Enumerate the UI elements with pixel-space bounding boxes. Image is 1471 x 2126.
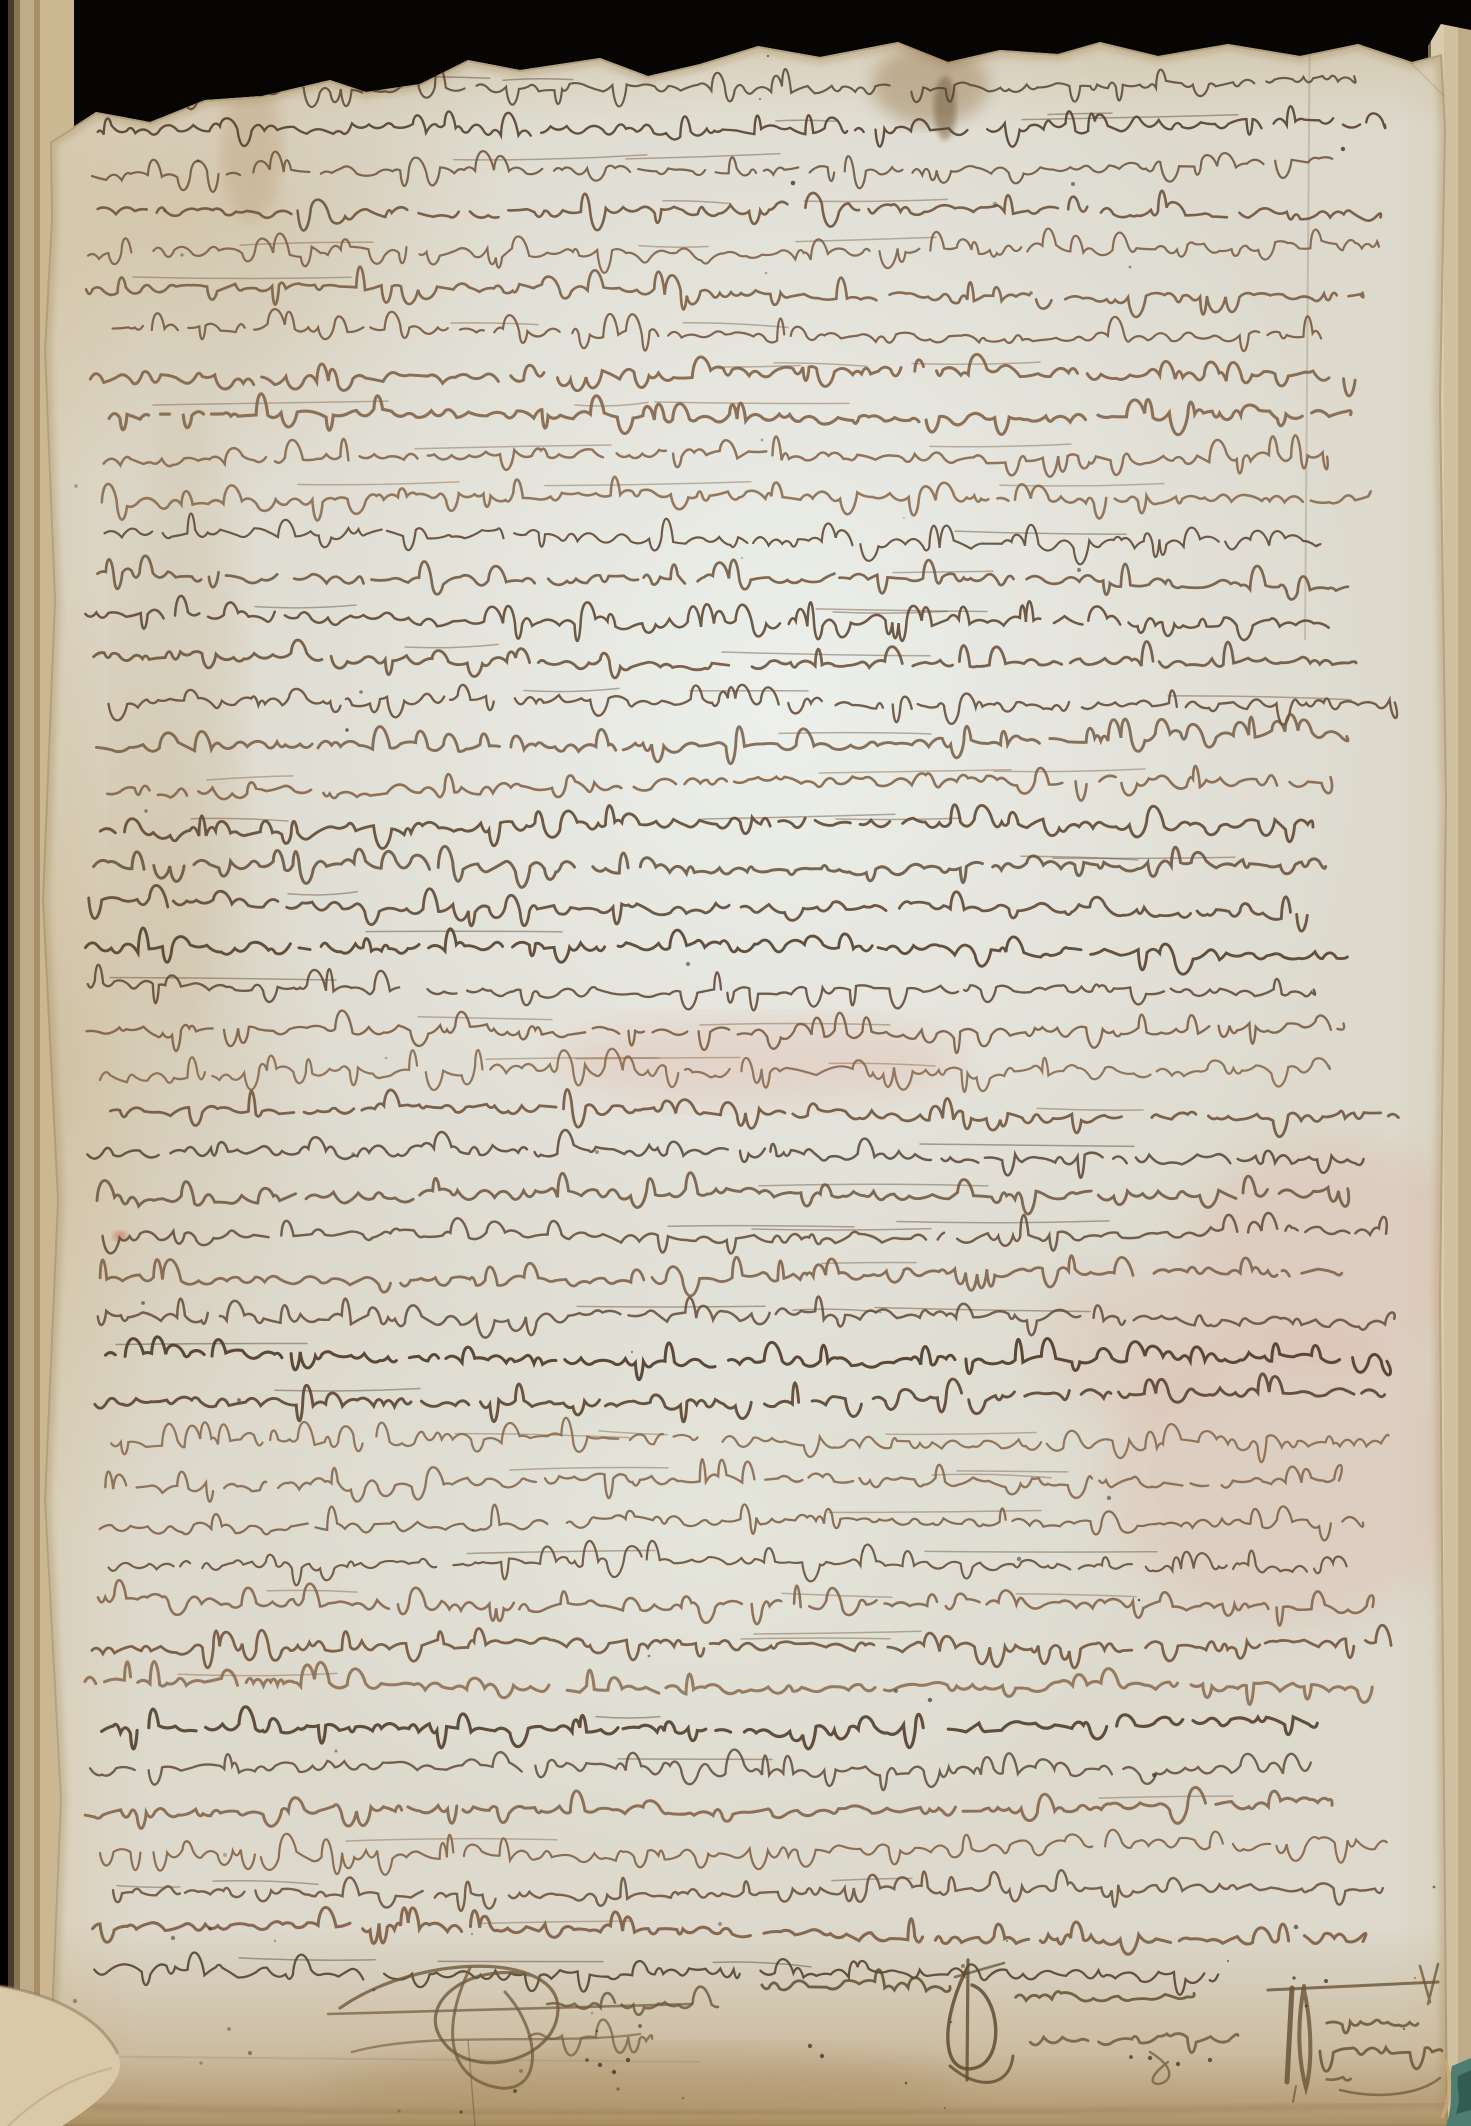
text-line (93, 57, 1356, 112)
text-line (101, 1700, 1317, 1753)
manuscript-page (0, 0, 1471, 2126)
text-line (107, 765, 1332, 810)
text-line (113, 1869, 1383, 1912)
text-line (104, 435, 1328, 479)
text-line (93, 844, 1325, 888)
text-line (104, 513, 1320, 567)
handwriting-svg (0, 0, 1471, 2126)
text-line (98, 106, 1386, 152)
text-line (94, 635, 1357, 682)
signature-right-margin (1268, 1964, 1442, 2102)
text-line (90, 1749, 1311, 1790)
text-line (96, 714, 1348, 770)
text-line (85, 1661, 1372, 1705)
text-line (85, 594, 1329, 646)
text-line (94, 1952, 1224, 1996)
text-line (88, 965, 1316, 1014)
text-line (100, 800, 1313, 850)
text-line (97, 1169, 1349, 1220)
text-line (92, 1905, 1366, 1957)
text-line (90, 353, 1355, 399)
text-line (85, 926, 1347, 975)
bottom-left-corner-curl (0, 1946, 150, 2126)
text-line (85, 1785, 1332, 1831)
scan-backdrop (0, 0, 1471, 2126)
text-line (88, 883, 1307, 935)
text-line (98, 188, 1381, 233)
text-line (88, 227, 1379, 277)
text-line (108, 684, 1397, 725)
text-line (102, 474, 1371, 522)
text-line (92, 1625, 1391, 1671)
text-line (100, 1823, 1387, 1878)
text-line (97, 552, 1348, 603)
binding-corner-fragment (1438, 2050, 1471, 2126)
text-line (87, 1127, 1363, 1179)
text-line (109, 394, 1351, 435)
